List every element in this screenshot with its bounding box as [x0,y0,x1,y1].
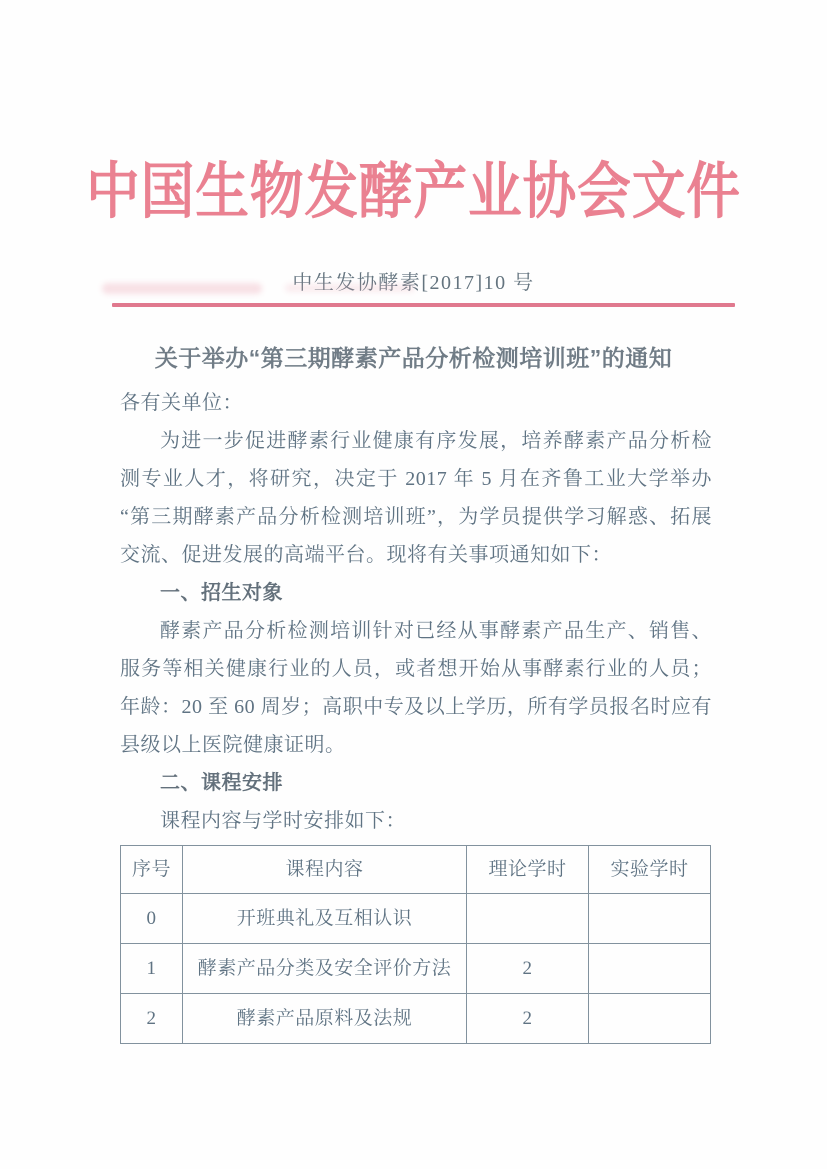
table-header-row: 序号 课程内容 理论学时 实验学时 [121,846,711,894]
section-2-title: 二、课程安排 [120,764,712,802]
header-theory-hours: 理论学时 [467,846,589,894]
cell-course: 开班典礼及互相认识 [183,894,467,944]
table-row: 0 开班典礼及互相认识 [121,894,711,944]
salutation: 各有关单位： [120,384,712,422]
notice-body: 各有关单位： 为进一步促进酵素行业健康有序发展，培养酵素产品分析检测专业人才，将… [120,384,712,1044]
section-1-paragraph: 酵素产品分析检测培训针对已经从事酵素产品生产、销售、服务等相关健康行业的人员，或… [120,612,712,764]
document-page: 中国生物发酵产业协会文件 中生发协酵素[2017]10 号 关于举办“第三期酵素… [0,0,827,1169]
notice-subject-title: 关于举办“第三期酵素产品分析检测培训班”的通知 [0,340,827,373]
red-divider-line [112,303,735,307]
header-lab-hours: 实验学时 [589,846,711,894]
cell-theory-hours [467,894,589,944]
intro-paragraph: 为进一步促进酵素行业健康有序发展，培养酵素产品分析检测专业人才，将研究，决定于 … [120,422,712,574]
letterhead-org-title: 中国生物发酵产业协会文件 [50,143,778,230]
table-row: 2 酵素产品原料及法规 2 [121,994,711,1044]
table-row: 1 酵素产品分类及安全评价方法 2 [121,944,711,994]
cell-seq: 0 [121,894,183,944]
cell-seq: 1 [121,944,183,994]
header-seq: 序号 [121,846,183,894]
course-schedule-table: 序号 课程内容 理论学时 实验学时 0 开班典礼及互相认识 1 酵素产品分类及安… [120,845,711,1044]
scan-smudge [285,284,415,292]
cell-theory-hours: 2 [467,994,589,1044]
cell-lab-hours [589,994,711,1044]
section-2-intro: 课程内容与学时安排如下： [120,802,712,840]
cell-theory-hours: 2 [467,944,589,994]
cell-course: 酵素产品分类及安全评价方法 [183,944,467,994]
scan-smudge [102,283,262,294]
cell-lab-hours [589,894,711,944]
cell-course: 酵素产品原料及法规 [183,994,467,1044]
section-1-title: 一、招生对象 [120,574,712,612]
cell-seq: 2 [121,994,183,1044]
header-course: 课程内容 [183,846,467,894]
cell-lab-hours [589,944,711,994]
